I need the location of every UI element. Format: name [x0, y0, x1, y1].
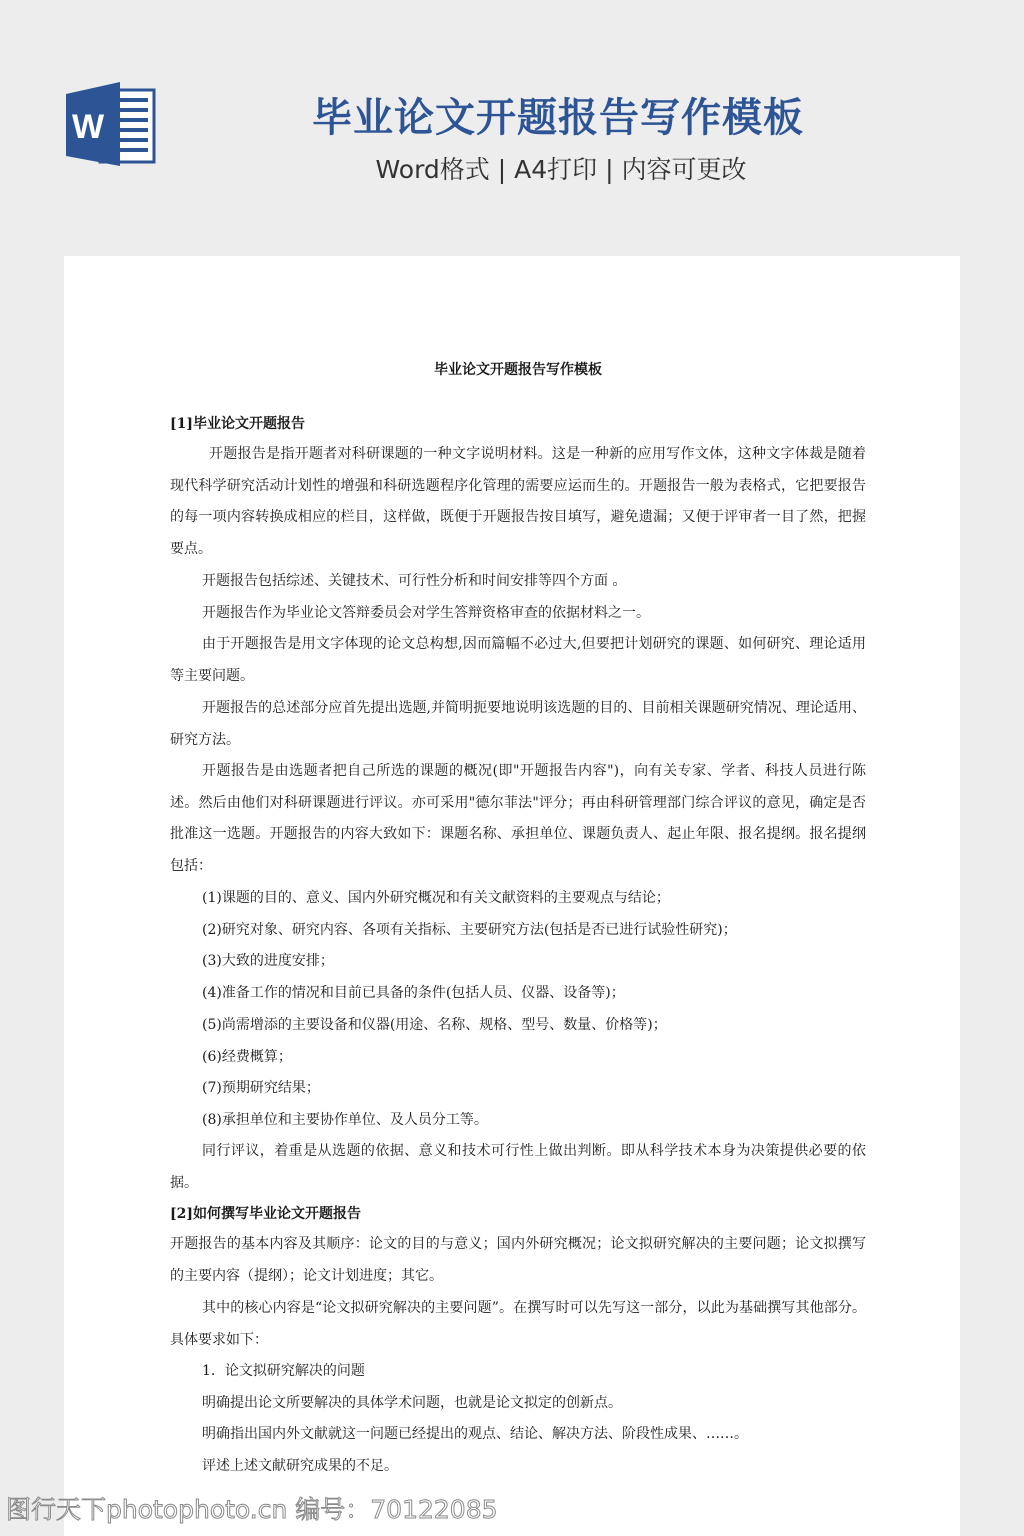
list-item: (4)准备工作的情况和目前已具备的条件(包括人员、仪器、设备等)； [170, 978, 866, 1010]
section-heading-1: [1]毕业论文开题报告 [170, 414, 305, 434]
paragraph: 开题报告是由选题者把自己所选的课题的概况(即"开题报告内容")，向有关专家、学者… [170, 756, 866, 883]
section-heading-2: [2]如何撰写毕业论文开题报告 [170, 1204, 361, 1224]
paragraph: 明确提出论文所要解决的具体学术问题，也就是论文拟定的创新点。 [170, 1388, 866, 1420]
list-item: (2)研究对象、研究内容、各项有关指标、主要研究方法(包括是否已进行试验性研究)… [170, 915, 866, 947]
document-page: 毕业论文开题报告写作模板 [1]毕业论文开题报告 开题报告是指开题者对科研课题的… [64, 256, 960, 1536]
list-item: (1)课题的目的、意义、国内外研究概况和有关文献资料的主要观点与结论； [170, 883, 866, 915]
list-item: (5)尚需增添的主要设备和仪器(用途、名称、规格、型号、数量、价格等)； [170, 1010, 866, 1042]
paragraph: 明确指出国内外文献就这一问题已经提出的观点、结论、解决方法、阶段性成果、……。 [170, 1419, 866, 1451]
paragraph: 其中的核心内容是“论文拟研究解决的主要问题”。在撰写时可以先写这一部分，以此为基… [170, 1293, 866, 1356]
paragraph: 开题报告包括综述、关键技术、可行性分析和时间安排等四个方面 。 [170, 566, 866, 598]
list-item: (3)大致的进度安排； [170, 946, 866, 978]
list-item: (8)承担单位和主要协作单位、及人员分工等。 [170, 1105, 866, 1137]
paragraph: 同行评议，着重是从选题的依据、意义和技术可行性上做出判断。即从科学技术本身为决策… [170, 1136, 866, 1199]
list-item: (6)经费概算； [170, 1042, 866, 1074]
watermark: 图行天下photophoto.cn 编号：70122085 [6, 1492, 498, 1528]
paragraph: 开题报告的基本内容及其顺序：论文的目的与意义；国内外研究概况；论文拟研究解决的主… [170, 1229, 866, 1292]
template-header: W 毕业论文开题报告写作模板 Word格式 | A4打印 | 内容可更改 [0, 0, 1024, 256]
paragraph: 评述上述文献研究成果的不足。 [170, 1451, 866, 1483]
paragraph: 由于开题报告是用文字体现的论文总构想,因而篇幅不必过大,但要把计划研究的课题、如… [170, 629, 866, 692]
subheading: 1．论文拟研究解决的问题 [170, 1356, 866, 1388]
template-subtitle: Word格式 | A4打印 | 内容可更改 [0, 152, 1024, 188]
list-item: (7)预期研究结果； [170, 1073, 866, 1105]
document-title: 毕业论文开题报告写作模板 [170, 360, 866, 380]
paragraph: 开题报告作为毕业论文答辩委员会对学生答辩资格审查的依据材料之一。 [170, 598, 866, 630]
paragraph: 开题报告是指开题者对科研课题的一种文字说明材料。这是一种新的应用写作文体，这种文… [170, 439, 866, 566]
template-title: 毕业论文开题报告写作模板 [0, 92, 1024, 144]
paragraph: 开题报告的总述部分应首先提出选题,并简明扼要地说明该选题的目的、目前相关课题研究… [170, 693, 866, 756]
